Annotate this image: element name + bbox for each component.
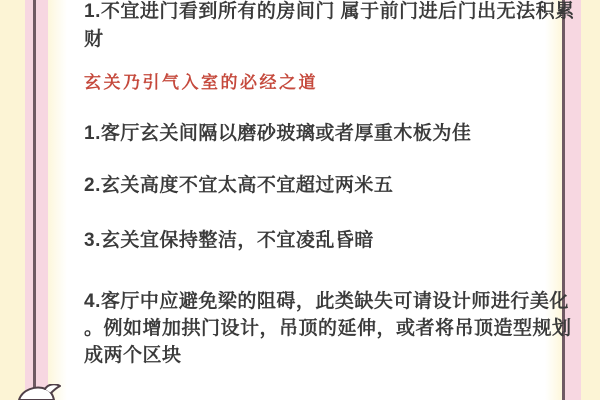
rule-item-2: 2.玄关高度不宜太高不宜超过两米五 xyxy=(84,172,584,200)
left-pink-band xyxy=(25,0,48,400)
section-heading: 玄关乃引气入室的必经之道 xyxy=(84,72,584,94)
leaf-doodle-icon xyxy=(15,384,65,400)
left-inner-glow xyxy=(48,0,67,400)
left-border-line xyxy=(33,0,36,400)
rule-item-4: 4.客厅中应避免梁的阻碍，此类缺失可请设计师进行美化 。例如增加拱门设计，吊顶的… xyxy=(84,288,584,369)
left-outer-margin xyxy=(0,0,25,400)
rule-item-3: 3.玄关宜保持整洁，不宜凌乱昏暗 xyxy=(84,227,584,255)
rule-item-1: 1.客厅玄关间隔以磨砂玻璃或者厚重木板为佳 xyxy=(84,120,584,148)
intro-paragraph: 1.不宜进门看到所有的房间门 属于前门进后门出无法积累 财 xyxy=(84,0,584,54)
